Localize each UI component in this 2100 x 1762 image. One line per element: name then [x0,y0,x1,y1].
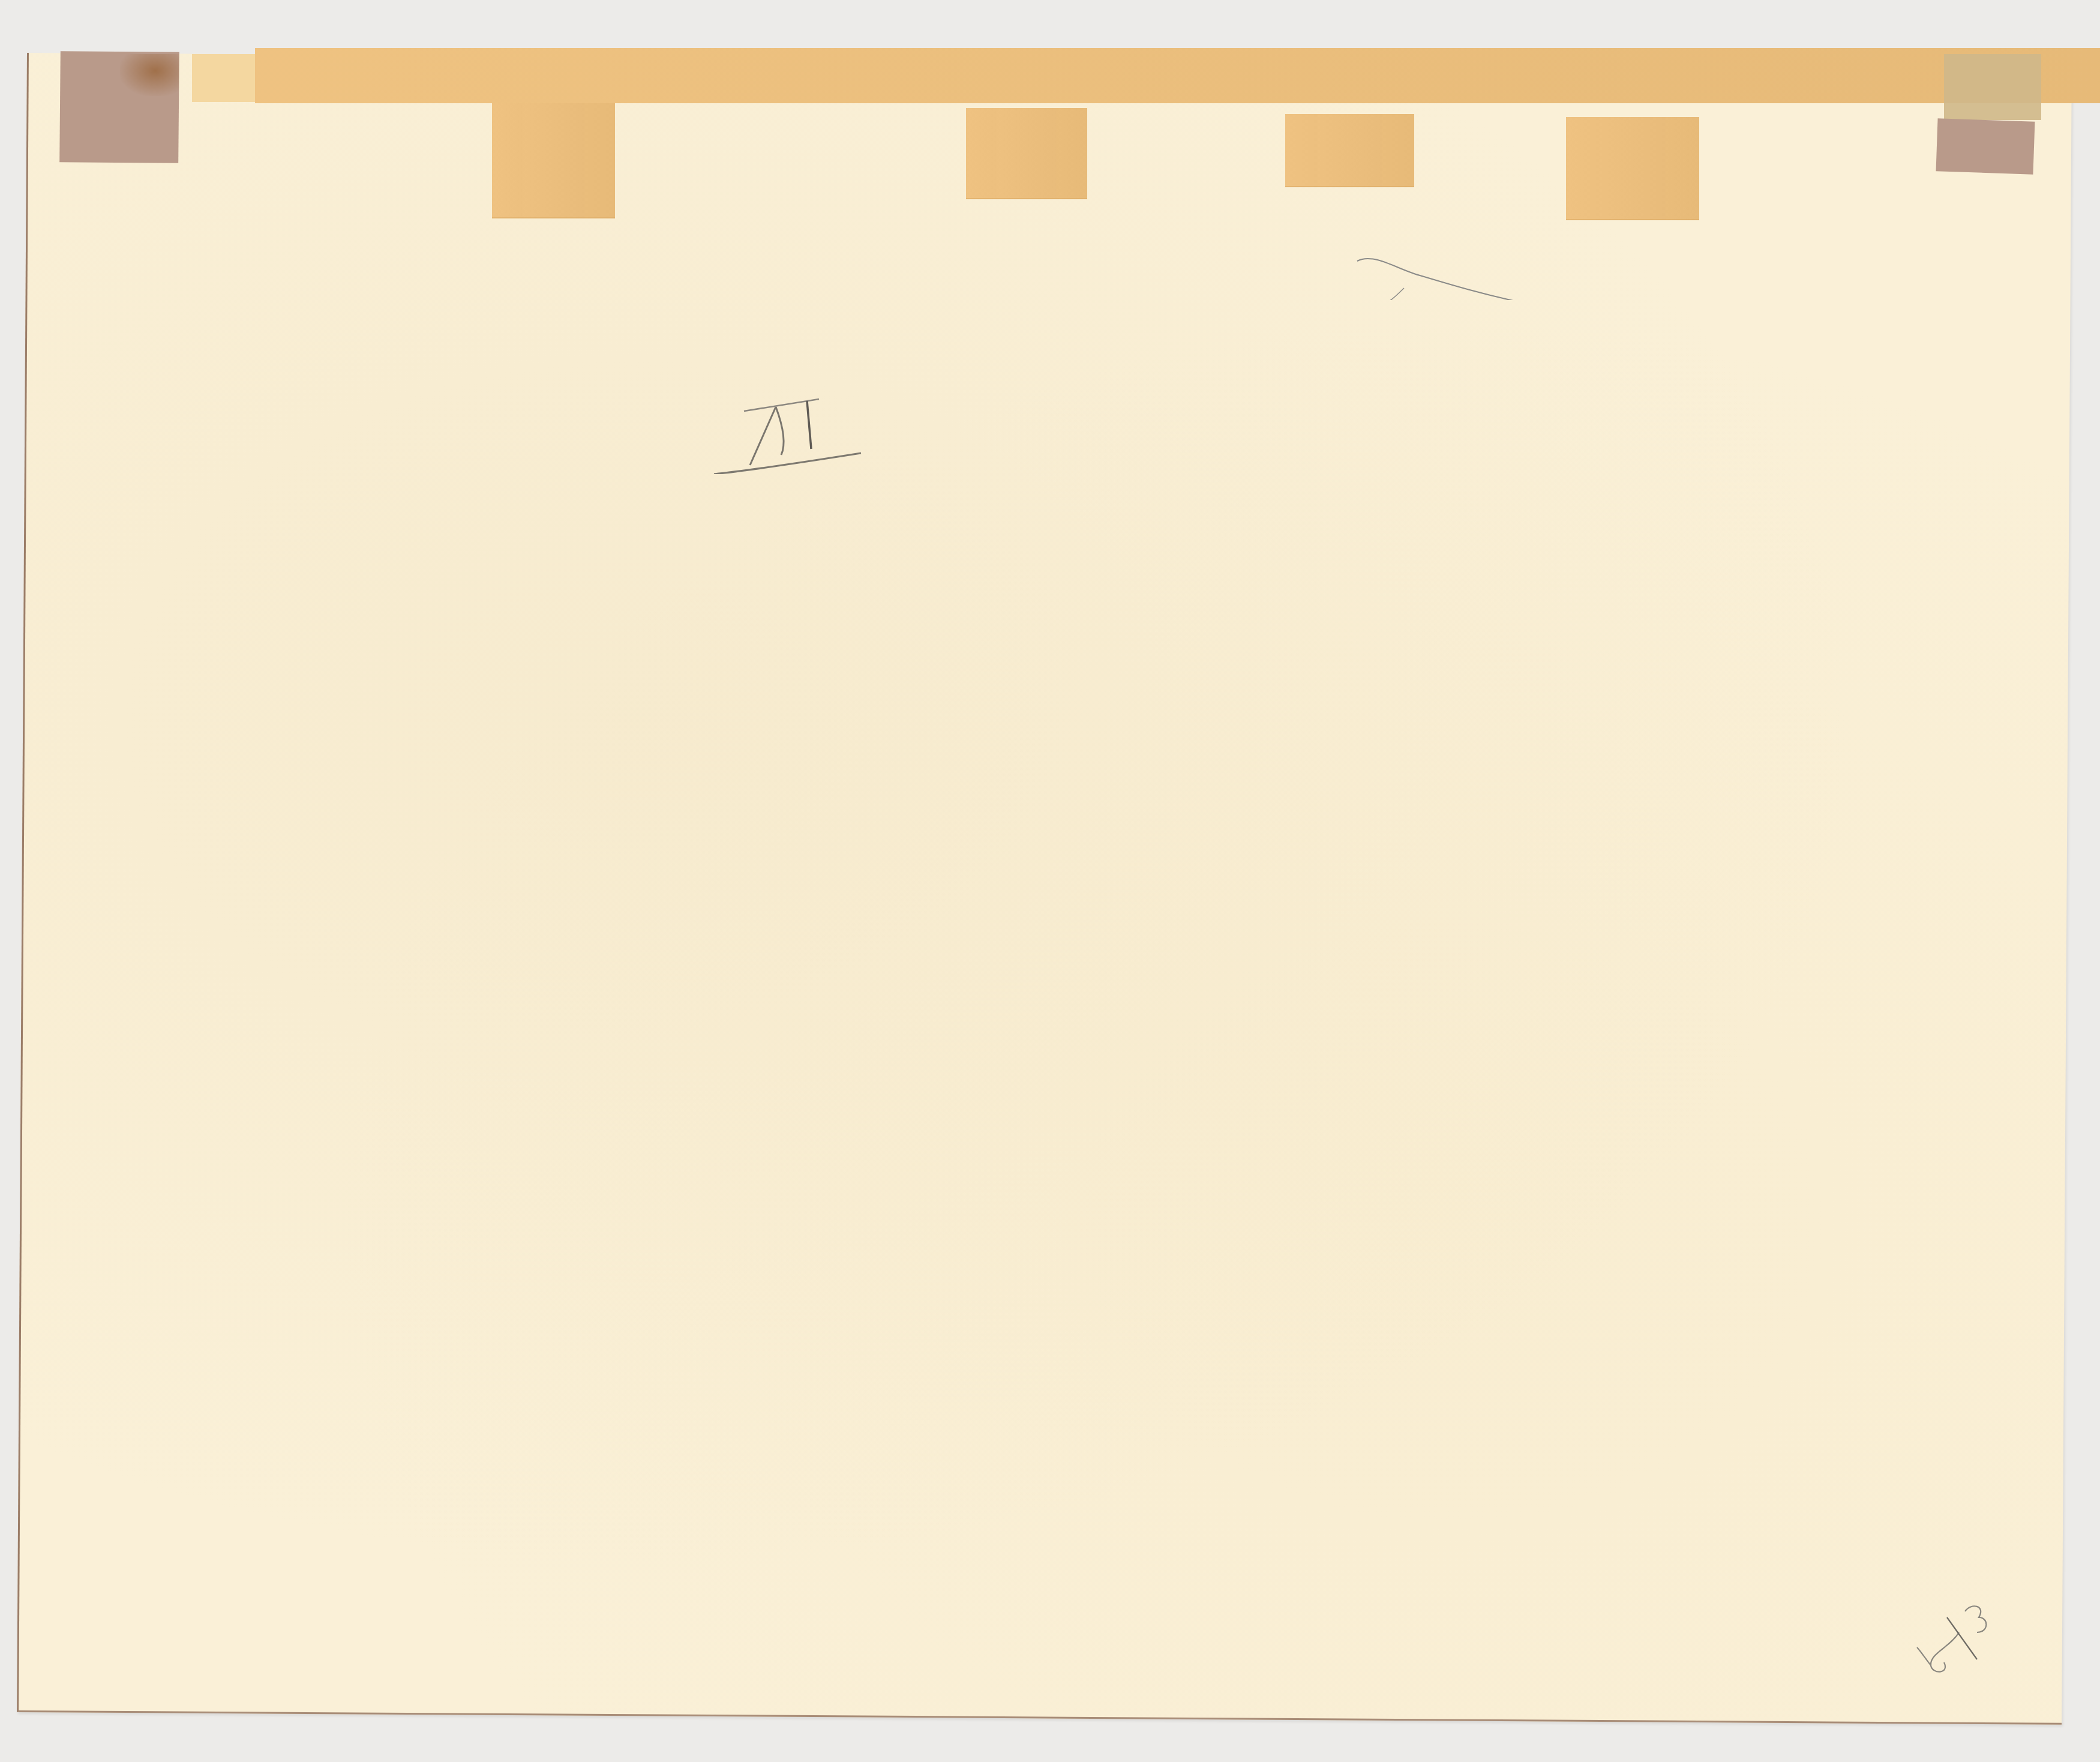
paper-sheet [17,53,2072,1725]
pencil-edition-icon [1914,1596,2004,1680]
tape-tab-3 [1285,114,1414,187]
tape-tab-2 [966,108,1087,199]
corner-tape-right [1936,118,2035,175]
faded-tape-segment [192,54,258,102]
tape-overlap-right [1944,54,2041,120]
tape-tab-1 [492,103,615,218]
roman-numeral-mark: XI [708,384,876,474]
pencil-xi-icon [708,384,876,474]
top-tape-strip [255,48,2100,103]
edition-number-mark: 8/13 [1914,1596,2004,1680]
tape-stain [120,54,179,96]
stray-fiber [1350,180,1710,300]
